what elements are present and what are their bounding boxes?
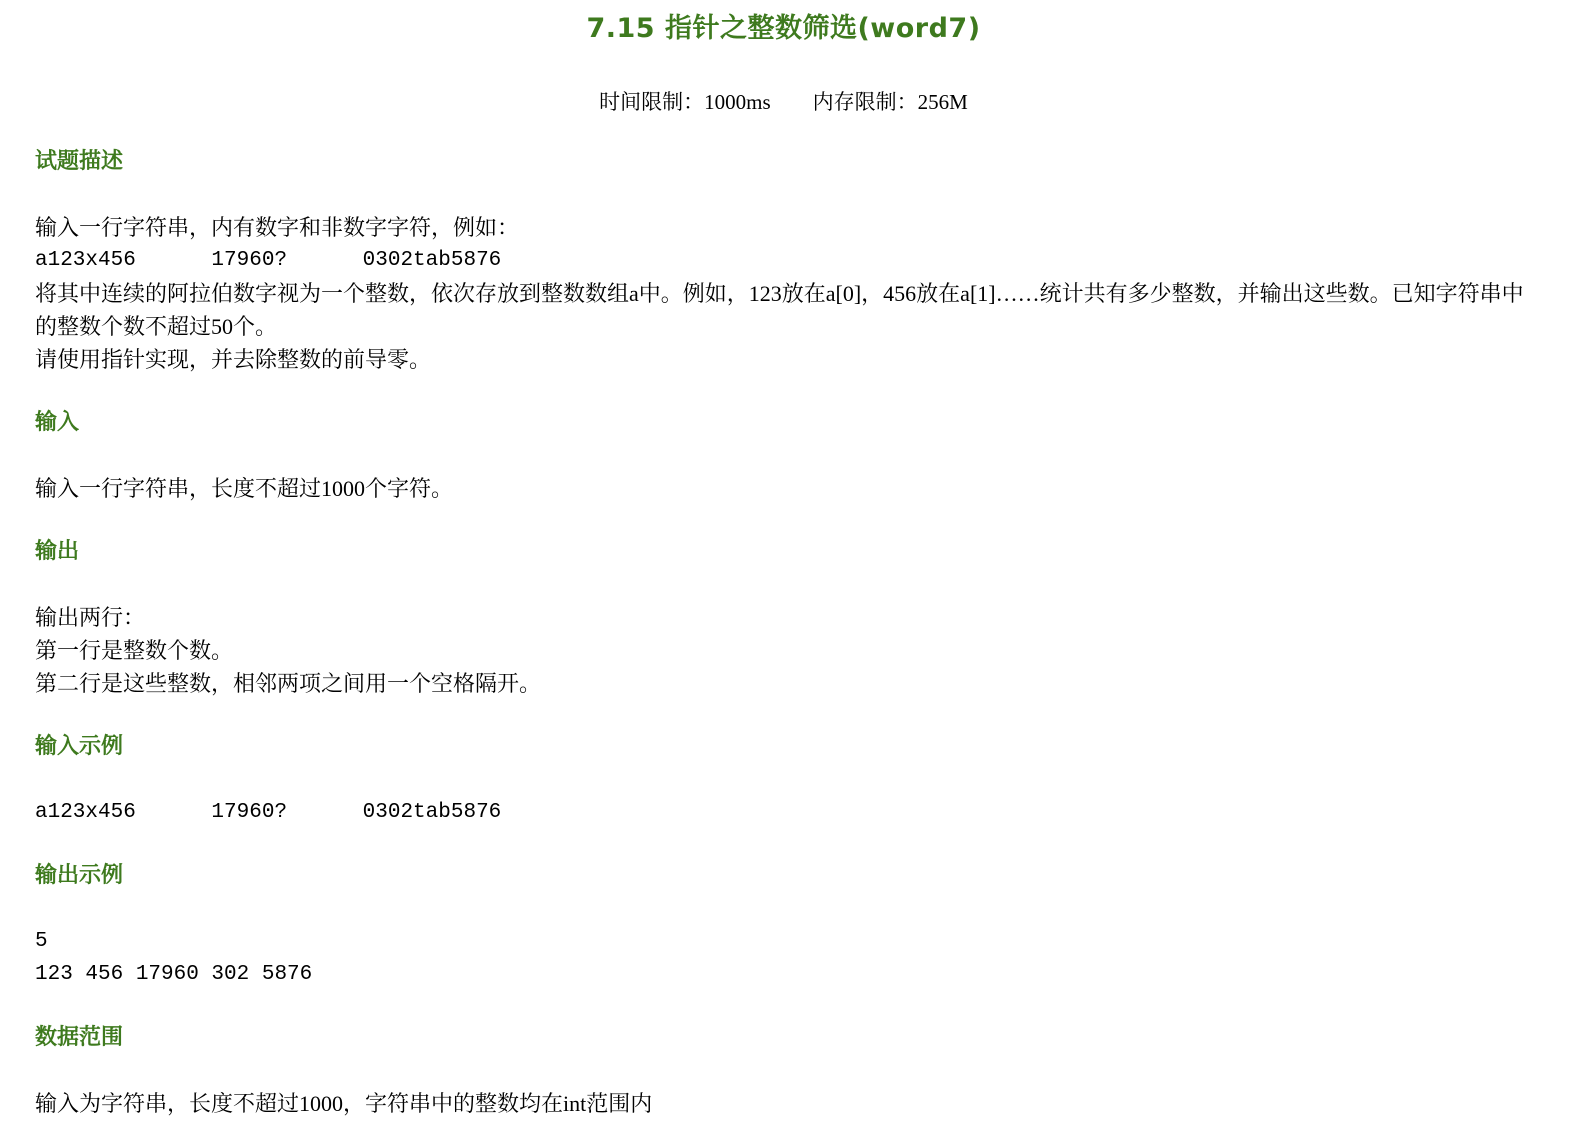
limits-line: 时间限制：1000ms内存限制：256M <box>35 89 1532 115</box>
section-sample-input: 输入示例 a123x456 17960? 0302tab5876 <box>35 734 1532 829</box>
sample-output-count: 5 <box>35 925 1532 958</box>
output-description-line-3: 第二行是这些整数，相邻两项之间用一个空格隔开。 <box>35 667 1532 700</box>
memory-limit-label: 内存限制：256M <box>813 90 968 114</box>
section-heading-problem-description: 试题描述 <box>35 149 1532 175</box>
sample-output-numbers: 123 456 17960 302 5876 <box>35 958 1532 991</box>
section-heading-sample-output: 输出示例 <box>35 863 1532 889</box>
problem-title: 7.15 指针之整数筛选(word7) <box>35 13 1532 45</box>
section-heading-sample-input: 输入示例 <box>35 734 1532 760</box>
problem-description-pointer-note: 请使用指针实现，并去除整数的前导零。 <box>35 343 1532 376</box>
problem-statement-page: 7.15 指针之整数筛选(word7) 时间限制：1000ms内存限制：256M… <box>0 0 1570 1143</box>
time-limit-label: 时间限制：1000ms <box>599 90 771 114</box>
problem-description-sample-string: a123x456 17960? 0302tab5876 <box>35 244 1532 277</box>
problem-description-intro: 输入一行字符串，内有数字和非数字字符，例如： <box>35 211 1532 244</box>
section-sample-output: 输出示例 5 123 456 17960 302 5876 <box>35 863 1532 991</box>
output-description-line-1: 输出两行： <box>35 601 1532 634</box>
sample-input-text: a123x456 17960? 0302tab5876 <box>35 796 1532 829</box>
section-input: 输入 输入一行字符串，长度不超过1000个字符。 <box>35 410 1532 505</box>
section-heading-output: 输出 <box>35 539 1532 565</box>
problem-description-detail: 将其中连续的阿拉伯数字视为一个整数，依次存放到整数数组a中。例如，123放在a[… <box>35 277 1532 343</box>
section-data-range: 数据范围 输入为字符串，长度不超过1000，字符串中的整数均在int范围内 <box>35 1025 1532 1120</box>
input-description: 输入一行字符串，长度不超过1000个字符。 <box>35 472 1532 505</box>
section-heading-input: 输入 <box>35 410 1532 436</box>
section-heading-data-range: 数据范围 <box>35 1025 1532 1051</box>
data-range-text: 输入为字符串，长度不超过1000，字符串中的整数均在int范围内 <box>35 1087 1532 1120</box>
section-problem-description: 试题描述 输入一行字符串，内有数字和非数字字符，例如： a123x456 179… <box>35 149 1532 376</box>
output-description-line-2: 第一行是整数个数。 <box>35 634 1532 667</box>
section-output: 输出 输出两行： 第一行是整数个数。 第二行是这些整数，相邻两项之间用一个空格隔… <box>35 539 1532 700</box>
